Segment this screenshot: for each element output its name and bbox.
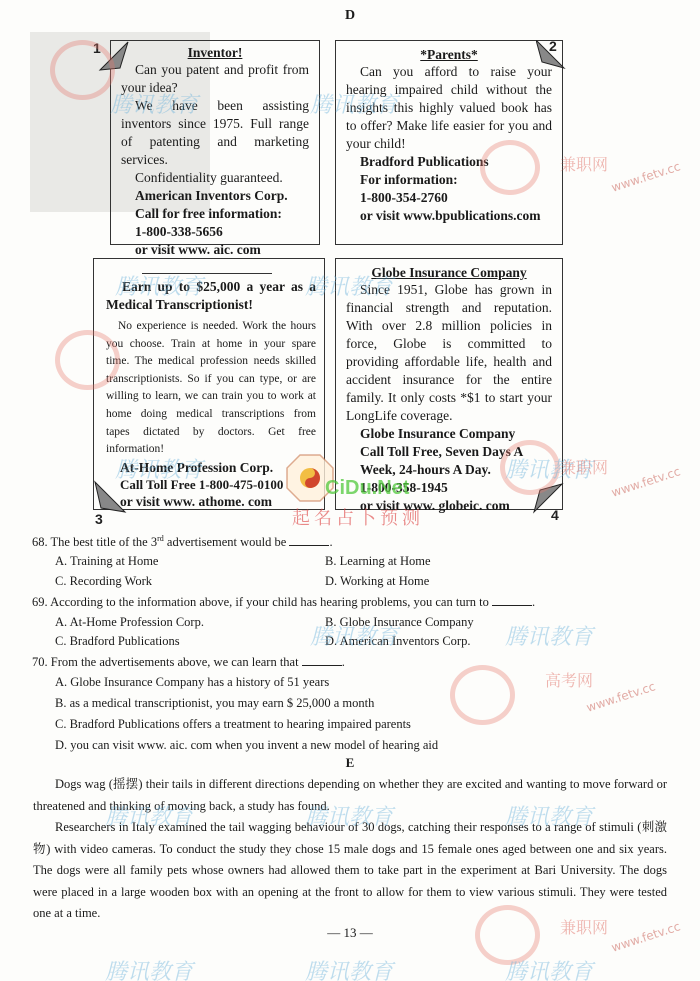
q70-option-c: C. Bradford Publications offers a treatm… xyxy=(55,717,411,732)
ad-1-body-1: Can you patent and profit from your idea… xyxy=(121,61,309,97)
ad-4-title: Globe Insurance Company xyxy=(346,265,552,281)
q68-option-d: D. Working at Home xyxy=(325,574,429,589)
ad-1-phone: 1-800-338-5656 xyxy=(121,223,309,241)
fetv-logo-watermark xyxy=(450,665,515,725)
ad-2-website: or visit www.bpublications.com xyxy=(346,207,552,225)
answer-blank xyxy=(302,655,342,666)
q68-option-b: B. Learning at Home xyxy=(325,554,431,569)
question-68: 68. The best title of the 3rd advertisem… xyxy=(32,534,333,550)
paragraph-1-text: Dogs wag (摇摆) their tails in different d… xyxy=(33,777,667,813)
answer-blank xyxy=(492,595,532,606)
fetv-url-watermark: www.fetv.cc xyxy=(585,679,657,714)
section-e-paragraph-1: Dogs wag (摇摆) their tails in different d… xyxy=(33,774,667,817)
tengxun-watermark: 腾讯教育 xyxy=(105,955,193,981)
ad-4-phone: 1-800-358-1945 xyxy=(346,479,552,497)
ad-2-company: Bradford Publications xyxy=(346,153,552,171)
ad-2-parents: *Parents* Can you afford to raise your h… xyxy=(335,40,563,245)
section-e-paragraph-2: Researchers in Italy examined the tail w… xyxy=(33,817,667,925)
q70-option-b: B. as a medical transcriptionist, you ma… xyxy=(55,696,374,711)
ad-1-inventor: Inventor! Can you patent and profit from… xyxy=(110,40,320,245)
page-fold-icon xyxy=(98,40,130,72)
paragraph-2-text: Researchers in Italy examined the tail w… xyxy=(33,820,667,920)
question-70-number: 70. xyxy=(32,655,48,669)
answer-blank xyxy=(289,535,329,546)
ad-1-call-label: Call for free information: xyxy=(121,205,309,223)
question-68-stem-after: advertisement would be xyxy=(164,535,287,549)
ad-4-body: Since 1951, Globe has grown in financial… xyxy=(346,281,552,425)
ad-2-title: *Parents* xyxy=(346,47,552,63)
ad-1-company: American Inventors Corp. xyxy=(121,187,309,205)
yin-yang-logo-icon xyxy=(285,453,335,503)
tengxun-watermark: 腾讯教育 xyxy=(305,955,393,981)
question-69-number: 69. xyxy=(32,595,48,609)
fetv-url-watermark: www.fetv.cc xyxy=(610,159,682,194)
ad-1-title: Inventor! xyxy=(121,45,309,61)
tengxun-watermark: 腾讯教育 xyxy=(505,620,593,651)
q70-option-a: A. Globe Insurance Company has a history… xyxy=(55,675,329,690)
question-69: 69. According to the information above, … xyxy=(32,595,535,610)
page-number: — 13 — xyxy=(0,925,700,941)
q69-option-c: C. Bradford Publications xyxy=(55,634,180,649)
question-70: 70. From the advertisements above, we ca… xyxy=(32,655,345,670)
ad-2-body: Can you afford to raise your hearing imp… xyxy=(346,63,552,153)
ad-2-number: 2 xyxy=(549,38,557,54)
question-69-stem: According to the information above, if y… xyxy=(50,595,489,609)
ad-4-company: Globe Insurance Company xyxy=(346,425,552,443)
page-fold-icon xyxy=(532,482,564,514)
question-68-number: 68. xyxy=(32,535,48,549)
ad-4-website: or visit www. globeic. com xyxy=(346,497,552,515)
page-fold-icon xyxy=(93,480,127,514)
q69-option-d: D. American Inventors Corp. xyxy=(325,634,470,649)
question-70-stem: From the advertisements above, we can le… xyxy=(51,655,299,669)
ad-1-body-3: Confidentiality guaranteed. xyxy=(121,169,309,187)
q69-option-a: A. At-Home Profession Corp. xyxy=(55,615,204,630)
section-d-letter: D xyxy=(0,8,700,24)
q68-option-a: A. Training at Home xyxy=(55,554,158,569)
q69-option-b: B. Globe Insurance Company xyxy=(325,615,474,630)
gaokao-watermark: 高考网 xyxy=(545,668,593,691)
jianzhi-watermark: 兼职网 xyxy=(560,152,608,175)
tengxun-watermark: 腾讯教育 xyxy=(505,955,593,981)
ad-4-globe-insurance: Globe Insurance Company Since 1951, Glob… xyxy=(335,258,563,510)
q68-option-c: C. Recording Work xyxy=(55,574,152,589)
ad-3-number: 3 xyxy=(95,511,103,527)
ad-1-body-2: We have been assisting inventors since 1… xyxy=(121,97,309,169)
ad-2-phone: 1-800-354-2760 xyxy=(346,189,552,207)
ad-1-website: or visit www. aic. com xyxy=(121,241,309,259)
question-68-stem-before: The best title of the 3 xyxy=(51,535,158,549)
ad-2-info-label: For information: xyxy=(346,171,552,189)
ad-3-body: No experience is needed. Work the hours … xyxy=(106,318,316,459)
question-68-stem-sup: rd xyxy=(157,534,164,543)
ad-3-headline: Earn up to $25,000 a year as a Medical T… xyxy=(106,278,316,314)
ad-4-call: Call Toll Free, Seven Days A Week, 24-ho… xyxy=(346,443,552,479)
ad-3-rule xyxy=(142,273,272,274)
jianzhi-watermark: 兼职网 xyxy=(560,455,608,478)
q70-option-d: D. you can visit www. aic. com when you … xyxy=(55,738,438,753)
fetv-url-watermark: www.fetv.cc xyxy=(610,464,682,499)
ad-4-number: 4 xyxy=(551,507,559,523)
section-e-letter: E xyxy=(0,755,700,771)
